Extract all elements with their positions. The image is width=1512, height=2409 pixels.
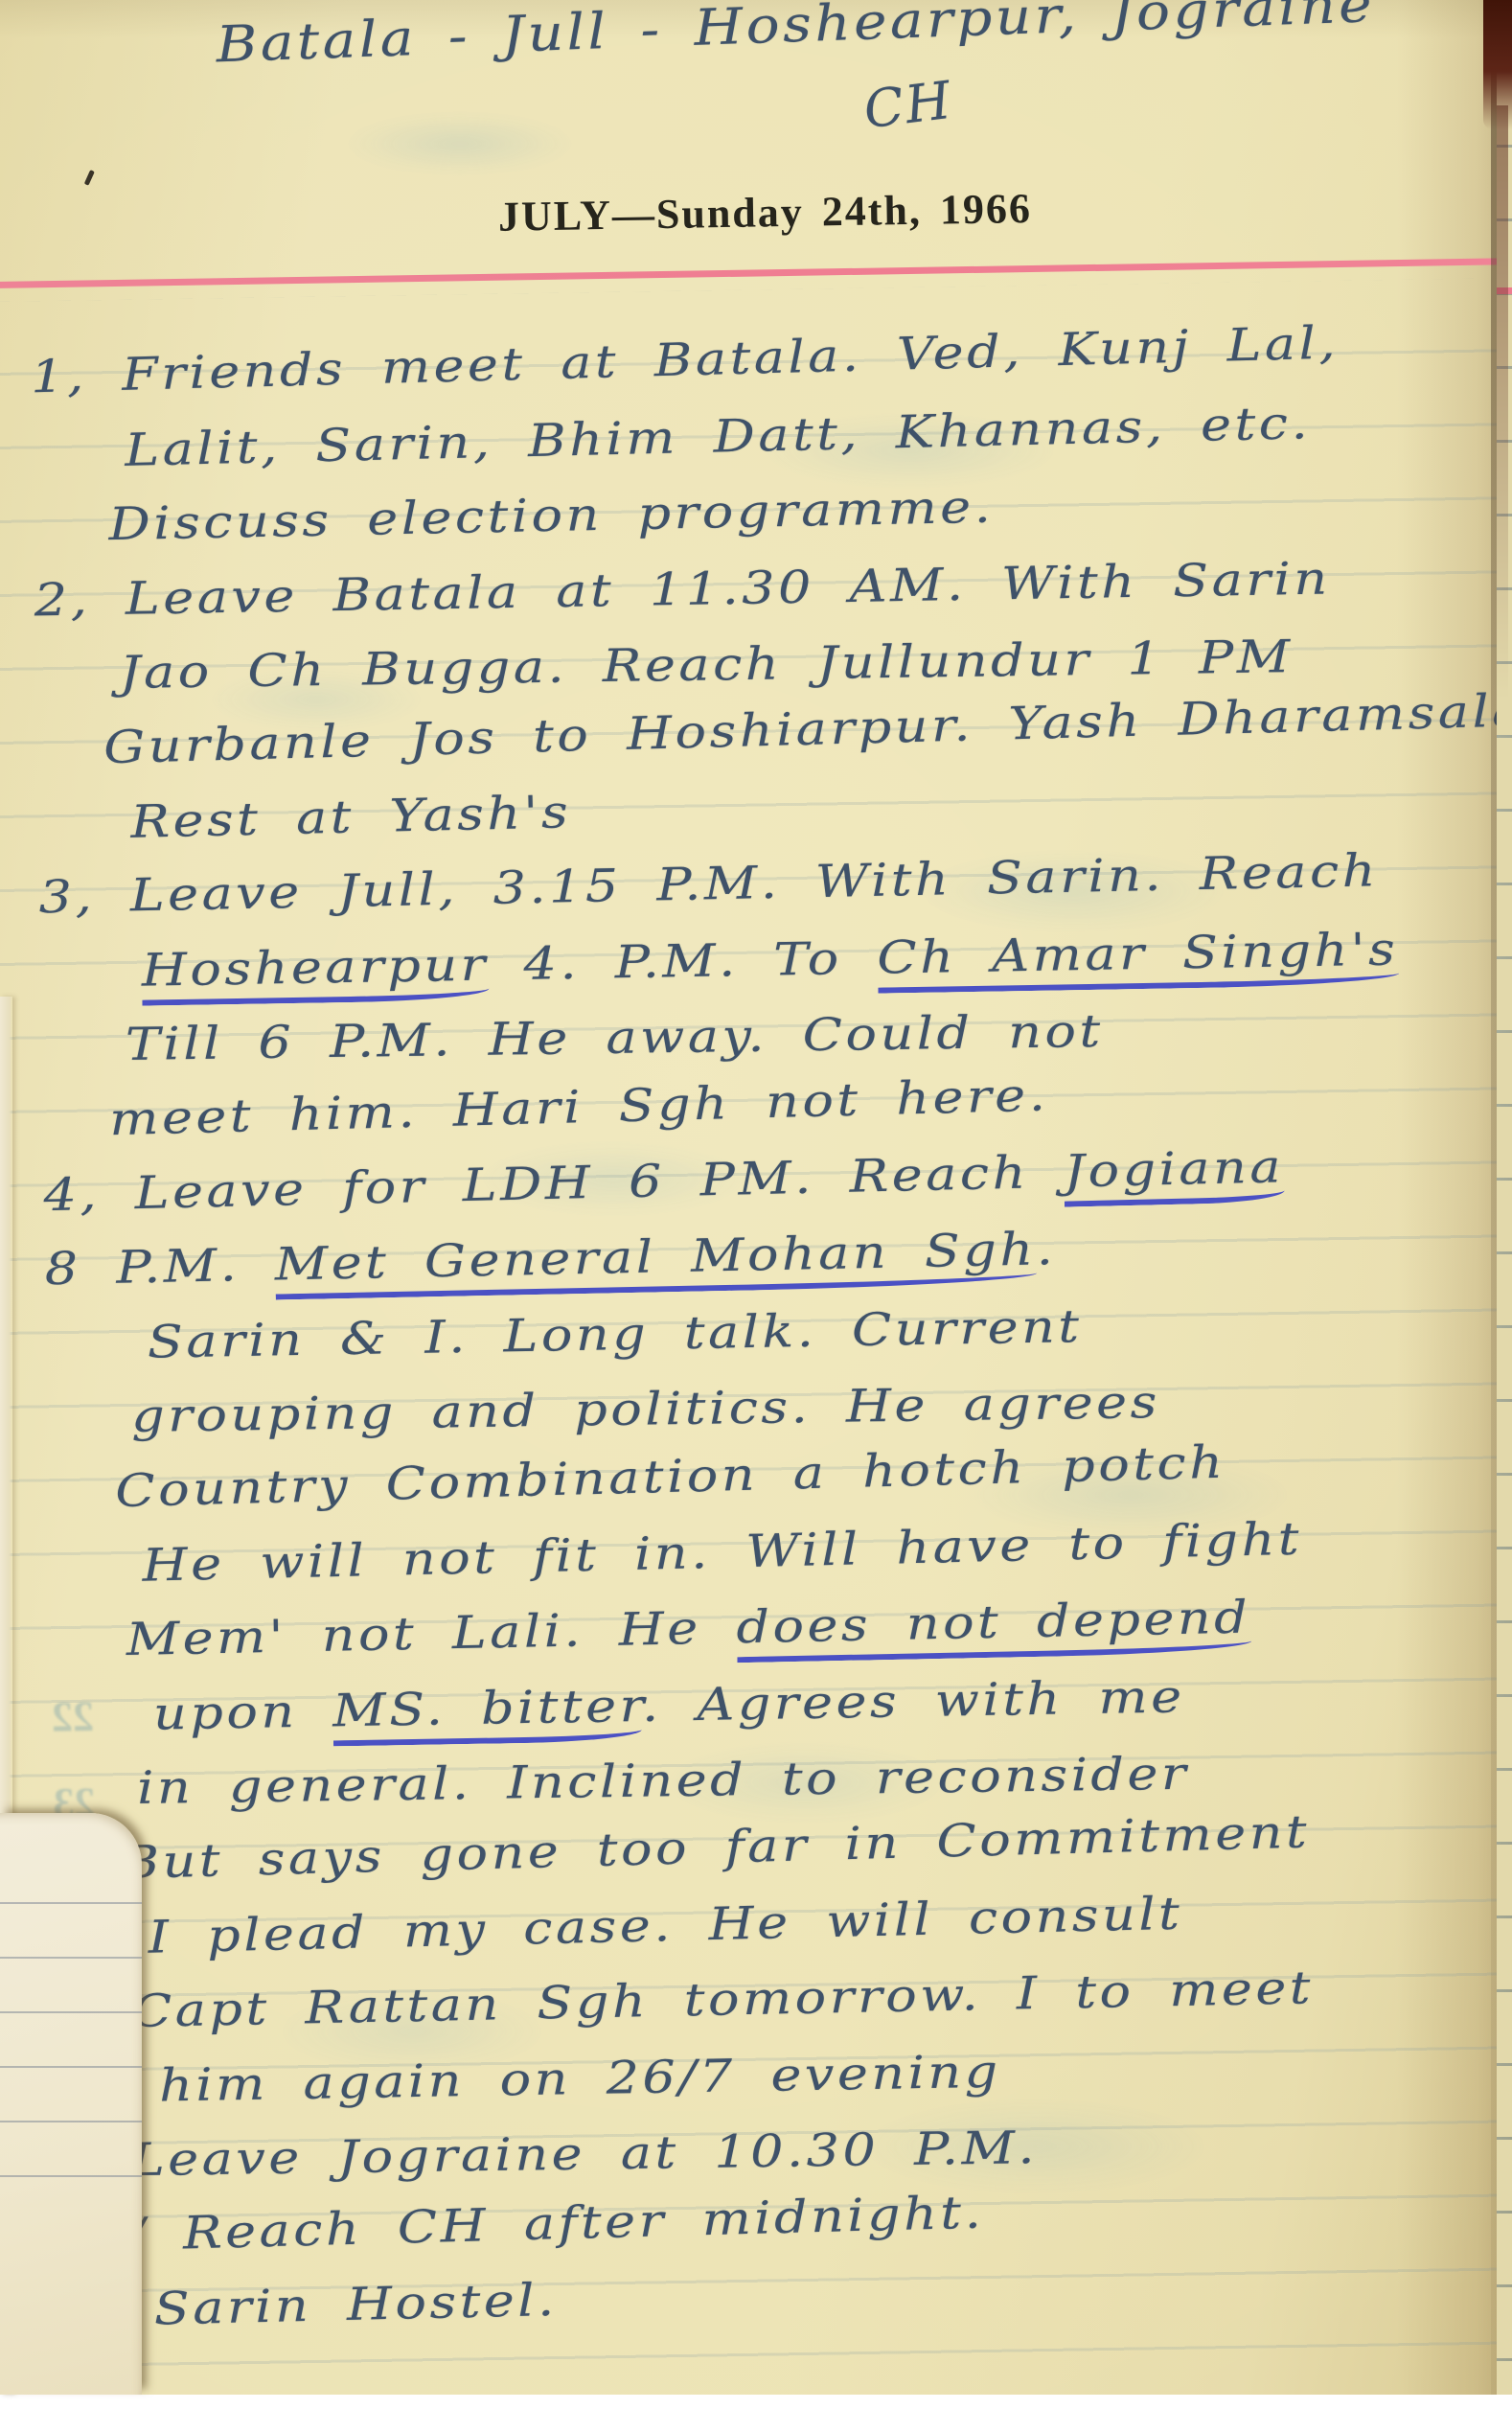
diary-line: He will not fit in. Will have to fight — [142, 1512, 1303, 1592]
diary-line: I plead my case. He will consult — [148, 1887, 1183, 1963]
diary-line: Hoshearpur 4. P.M. To Ch Amar Singh's — [141, 923, 1398, 997]
diary-line: in general. Inclined to reconsider — [137, 1748, 1190, 1815]
diary-line: 1, Friends meet at Batala. Ved, Kunj Lal… — [30, 316, 1339, 403]
diary-line: Lalit, Sarin, Bhim Datt, Khannas, etc. — [125, 397, 1312, 477]
diary-line: Country Combination a hotch potch — [115, 1436, 1226, 1519]
ink-underline: MS. bitter — [332, 1680, 643, 1746]
diary-line: Capt Rattan Sgh tomorrow. I to meet — [131, 1962, 1314, 2038]
ink-underline: does not depend — [736, 1592, 1251, 1663]
diary-line: Till 6 P.M. He away. Could not — [126, 1005, 1104, 1071]
diary-line: Discuss election programme. — [108, 481, 995, 552]
diary-line: 8 P.M. Met General Mohan Sgh. — [44, 1223, 1057, 1296]
diary-line: upon MS. bitter. Agrees with me — [153, 1670, 1185, 1740]
underlying-page-ruled-lines — [0, 1849, 142, 2185]
diary-line: Rest at Yash's — [130, 786, 572, 849]
underlying-page-corner — [0, 1813, 142, 2395]
diary-line: Jao Ch Bugga. Reach Jullundur 1 PM — [120, 631, 1294, 700]
diary-line: grouping and politics. He agrees — [131, 1376, 1160, 1443]
diary-line: meet him. Hari Sgh not here. — [109, 1068, 1049, 1146]
diary-line: him again on 26/7 evening — [159, 2045, 1001, 2112]
diary-line: 3, Leave Jull, 3.15 P.M. With Sarin. Rea… — [38, 844, 1379, 924]
photo-stage: Batala - Jull - Hoshearpur, Jograine CH … — [0, 0, 1512, 2395]
diary-line: Mem' not Lali. He does not depend — [126, 1592, 1250, 1667]
diary-body: 1, Friends meet at Batala. Ved, Kunj Lal… — [0, 0, 1512, 2395]
ink-underline: Jogiana — [1064, 1140, 1285, 1206]
diary-line: / Reach CH after midnight. — [126, 2187, 985, 2262]
diary-line: 4, Leave for LDH 6 PM. Reach Jogiana — [43, 1140, 1285, 1222]
binding-edge-shadow — [1497, 105, 1508, 700]
diary-line: Sarin Hostel. — [153, 2273, 558, 2335]
page-content: Batala - Jull - Hoshearpur, Jograine CH … — [0, 0, 1512, 2395]
ghost-page-number-22: 22 — [52, 1692, 95, 1742]
diary-line: Gurbanle Jos to Hoshiarpur. Yash Dharams… — [103, 684, 1512, 775]
diary-line: Sarin & I. Long talk. Current — [147, 1300, 1082, 1369]
ink-underline: Hoshearpur — [141, 938, 489, 1005]
diary-line: 2, Leave Batala at 11.30 AM. With Sarin — [34, 552, 1331, 627]
diary-line: 5 Leave Jograine at 10.30 P.M. — [58, 2122, 1038, 2188]
ink-underline: Met General Mohan Sgh — [274, 1224, 1037, 1300]
diary-line: But says gone too far in Commitment — [121, 1805, 1311, 1890]
ink-underline: Ch Amar Singh's — [877, 923, 1399, 993]
